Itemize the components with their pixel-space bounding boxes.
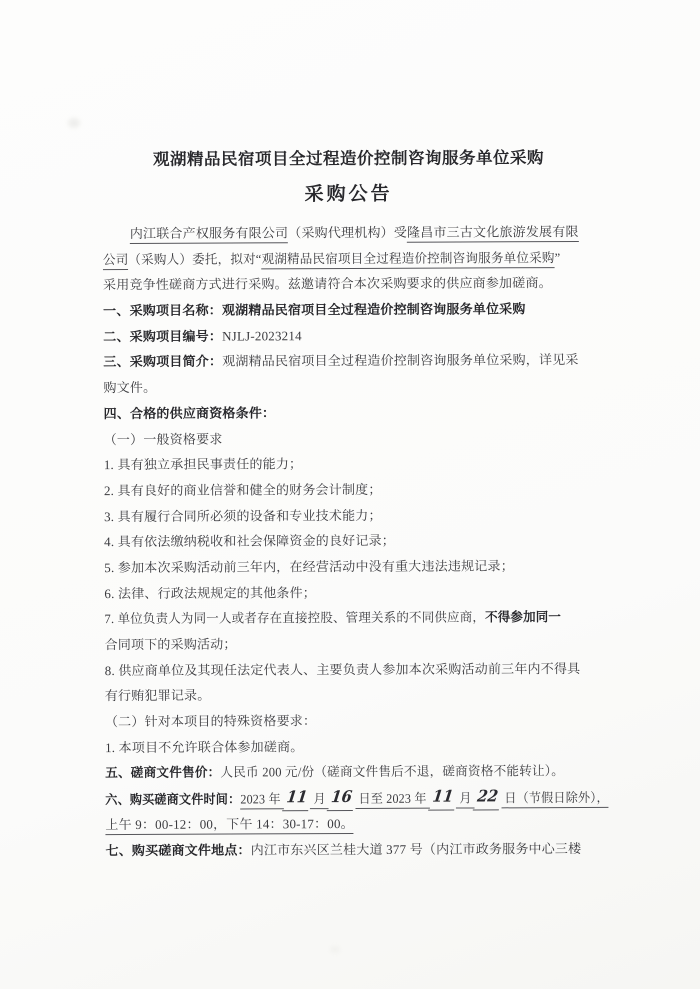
document-body: 内江联合产权服务有限公司（采购代理机构）受隆昌市三古文化旅游发展有限公司（采购人… [103,219,598,863]
text-line: 采用竞争性磋商方式进行采购。兹邀请符合本次采购要求的供应商参加磋商。 [103,270,595,298]
text-run: 2. 具有良好的商业信誉和健全的财务会计制度； [104,482,382,498]
text-run: 购文件。 [103,380,156,395]
procurement-announcement: 观湖精品民宿项目全过程造价控制咨询服务单位采购 采购公告 内江联合产权服务有限公… [102,145,597,863]
text-line: 公司（采购人）委托，拟对“观湖精品民宿项目全过程造价控制咨询服务单位采购” [103,245,578,273]
text-line: 8. 供应商单位及其现任法定代表人、主要负责人参加本次采购活动前三年内不得具 [105,656,597,684]
text-run: ” [555,250,561,265]
text-run: 8. 供应商单位及其现任法定代表人、主要负责人参加本次采购活动前三年内不得具 [105,661,581,678]
text-run: 7. 单位负责人为同一人或者存在直接控股、管理关系的不同供应商， [104,610,485,627]
scan-artifact [68,118,80,128]
text-run: 七、购买磋商文件地点： [105,842,250,858]
text-run: （一）一般资格要求 [104,431,223,447]
text-run: 二、采购项目编号： [103,328,222,344]
text-run: NJLJ-2023214 [222,328,302,343]
text-run: 1. 具有独立承担民事责任的能力； [104,456,302,472]
text-line: 1. 本项目不允许联合体参加磋商。 [105,733,597,761]
text-line: 购文件。 [103,373,595,401]
text-run: 六、购买磋商文件时间： [105,792,240,808]
text-line: 1. 具有独立承担民事责任的能力； [104,450,596,478]
text-run: 日至 2023 年 [355,791,430,809]
text-run: 4. 具有依法缴纳税收和社会保障资金的良好记录； [104,533,395,549]
text-line: 二、采购项目编号：NJLJ-2023214 [103,322,595,350]
text-run: 观湖精品民宿项目全过程造价控制咨询服务单位采购 [262,250,555,269]
document-title: 观湖精品民宿项目全过程造价控制咨询服务单位采购 [102,145,594,173]
text-line: 合同项下的采购活动； [105,630,597,658]
handwritten-number: 11 [282,784,312,811]
text-run: 月 [310,791,329,809]
text-run: 6. 法律、行政法规规定的其他条件； [104,585,316,601]
text-line: 5. 参加本次采购活动前三年内，在经营活动中没有重大违法违规记录； [104,553,596,581]
text-line: （二）针对本项目的特殊资格要求： [105,707,597,735]
text-run: 公司 [103,252,129,270]
text-run: 上午 9：00-12：00，下午 14：30-17：00。 [105,816,354,835]
text-line: 内江联合产权服务有限公司（采购代理机构）受隆昌市三古文化旅游发展有限 [103,219,595,247]
text-line: 上午 9：00-12：00，下午 14：30-17：00。 [105,810,597,838]
text-run: 1. 本项目不允许联合体参加磋商。 [105,739,303,755]
text-run: 内江联合产权服务有限公司 [130,225,288,244]
text-run: 合同项下的采购活动； [105,636,237,652]
text-run: 采用竞争性磋商方式进行采购。兹邀请符合本次采购要求的供应商参加磋商。 [103,275,552,292]
text-run: 五、磋商文件售价： [105,765,220,781]
text-run: 日（节假日除外）， [501,790,609,808]
text-run: 三、采购项目简介： [103,354,222,370]
text-line: 有行贿犯罪记录。 [105,681,597,709]
text-run: 2023 年 [240,791,284,809]
text-line: 五、磋商文件售价：人民币 200 元/份（磋商文件售后不退，磋商资格不能转让）。 [105,758,582,786]
text-line: 6. 法律、行政法规规定的其他条件； [104,579,596,607]
text-run: （二）针对本项目的特殊资格要求： [105,713,316,729]
text-run: 一、采购项目名称：观湖精品民宿项目全过程造价控制咨询服务单位采购 [103,301,525,318]
text-run: 内江市东兴区兰桂大道 377 号（内江市政务服务中心三楼 [251,840,582,856]
document-page: 观湖精品民宿项目全过程造价控制咨询服务单位采购 采购公告 内江联合产权服务有限公… [0,0,700,989]
text-line: 4. 具有依法缴纳税收和社会保障资金的良好记录； [104,527,596,555]
text-line: 2. 具有良好的商业信誉和健全的财务会计制度； [104,476,596,504]
text-line: 三、采购项目简介：观湖精品民宿项目全过程造价控制咨询服务单位采购，详见采 [103,347,595,375]
text-line: （一）一般资格要求 [104,424,596,452]
text-run: 有行贿犯罪记录。 [105,688,211,703]
text-run: 四、合格的供应商资格条件： [104,405,276,421]
text-run: 不得参加同一 [485,609,561,624]
handwritten-number: 11 [428,784,458,811]
scan-artifact [330,946,340,953]
handwritten-number: 16 [327,784,357,811]
text-line: 七、购买磋商文件地点：内江市东兴区兰桂大道 377 号（内江市政务服务中心三楼 [105,835,597,863]
text-run: 隆昌市三古文化旅游发展有限 [407,224,579,243]
text-run: （采购代理机构）受 [288,225,407,241]
text-run: 3. 具有履行合同所必须的设备和专业技术能力； [104,507,382,523]
text-line: 3. 具有履行合同所必须的设备和专业技术能力； [104,501,596,529]
text-line: 一、采购项目名称：观湖精品民宿项目全过程造价控制咨询服务单位采购 [103,296,595,324]
text-run: （采购人）委托，拟对“ [128,251,261,267]
text-line: 四、合格的供应商资格条件： [104,399,596,427]
handwritten-number: 22 [473,783,503,810]
text-run: 5. 参加本次采购活动前三年内，在经营活动中没有重大违法违规记录； [104,558,514,575]
document-subtitle: 采购公告 [103,181,595,209]
text-run: 人民币 200 元/份（磋商文件售后不退，磋商资格不能转让）。 [220,764,564,780]
text-run: 月 [456,791,475,809]
text-line: 六、购买磋商文件时间：2023 年 11 月 16 日至 2023 年 11 月… [105,784,563,812]
text-line: 7. 单位负责人为同一人或者存在直接控股、管理关系的不同供应商，不得参加同一 [104,604,576,632]
text-run: 观湖精品民宿项目全过程造价控制咨询服务单位采购，详见采 [222,352,578,369]
